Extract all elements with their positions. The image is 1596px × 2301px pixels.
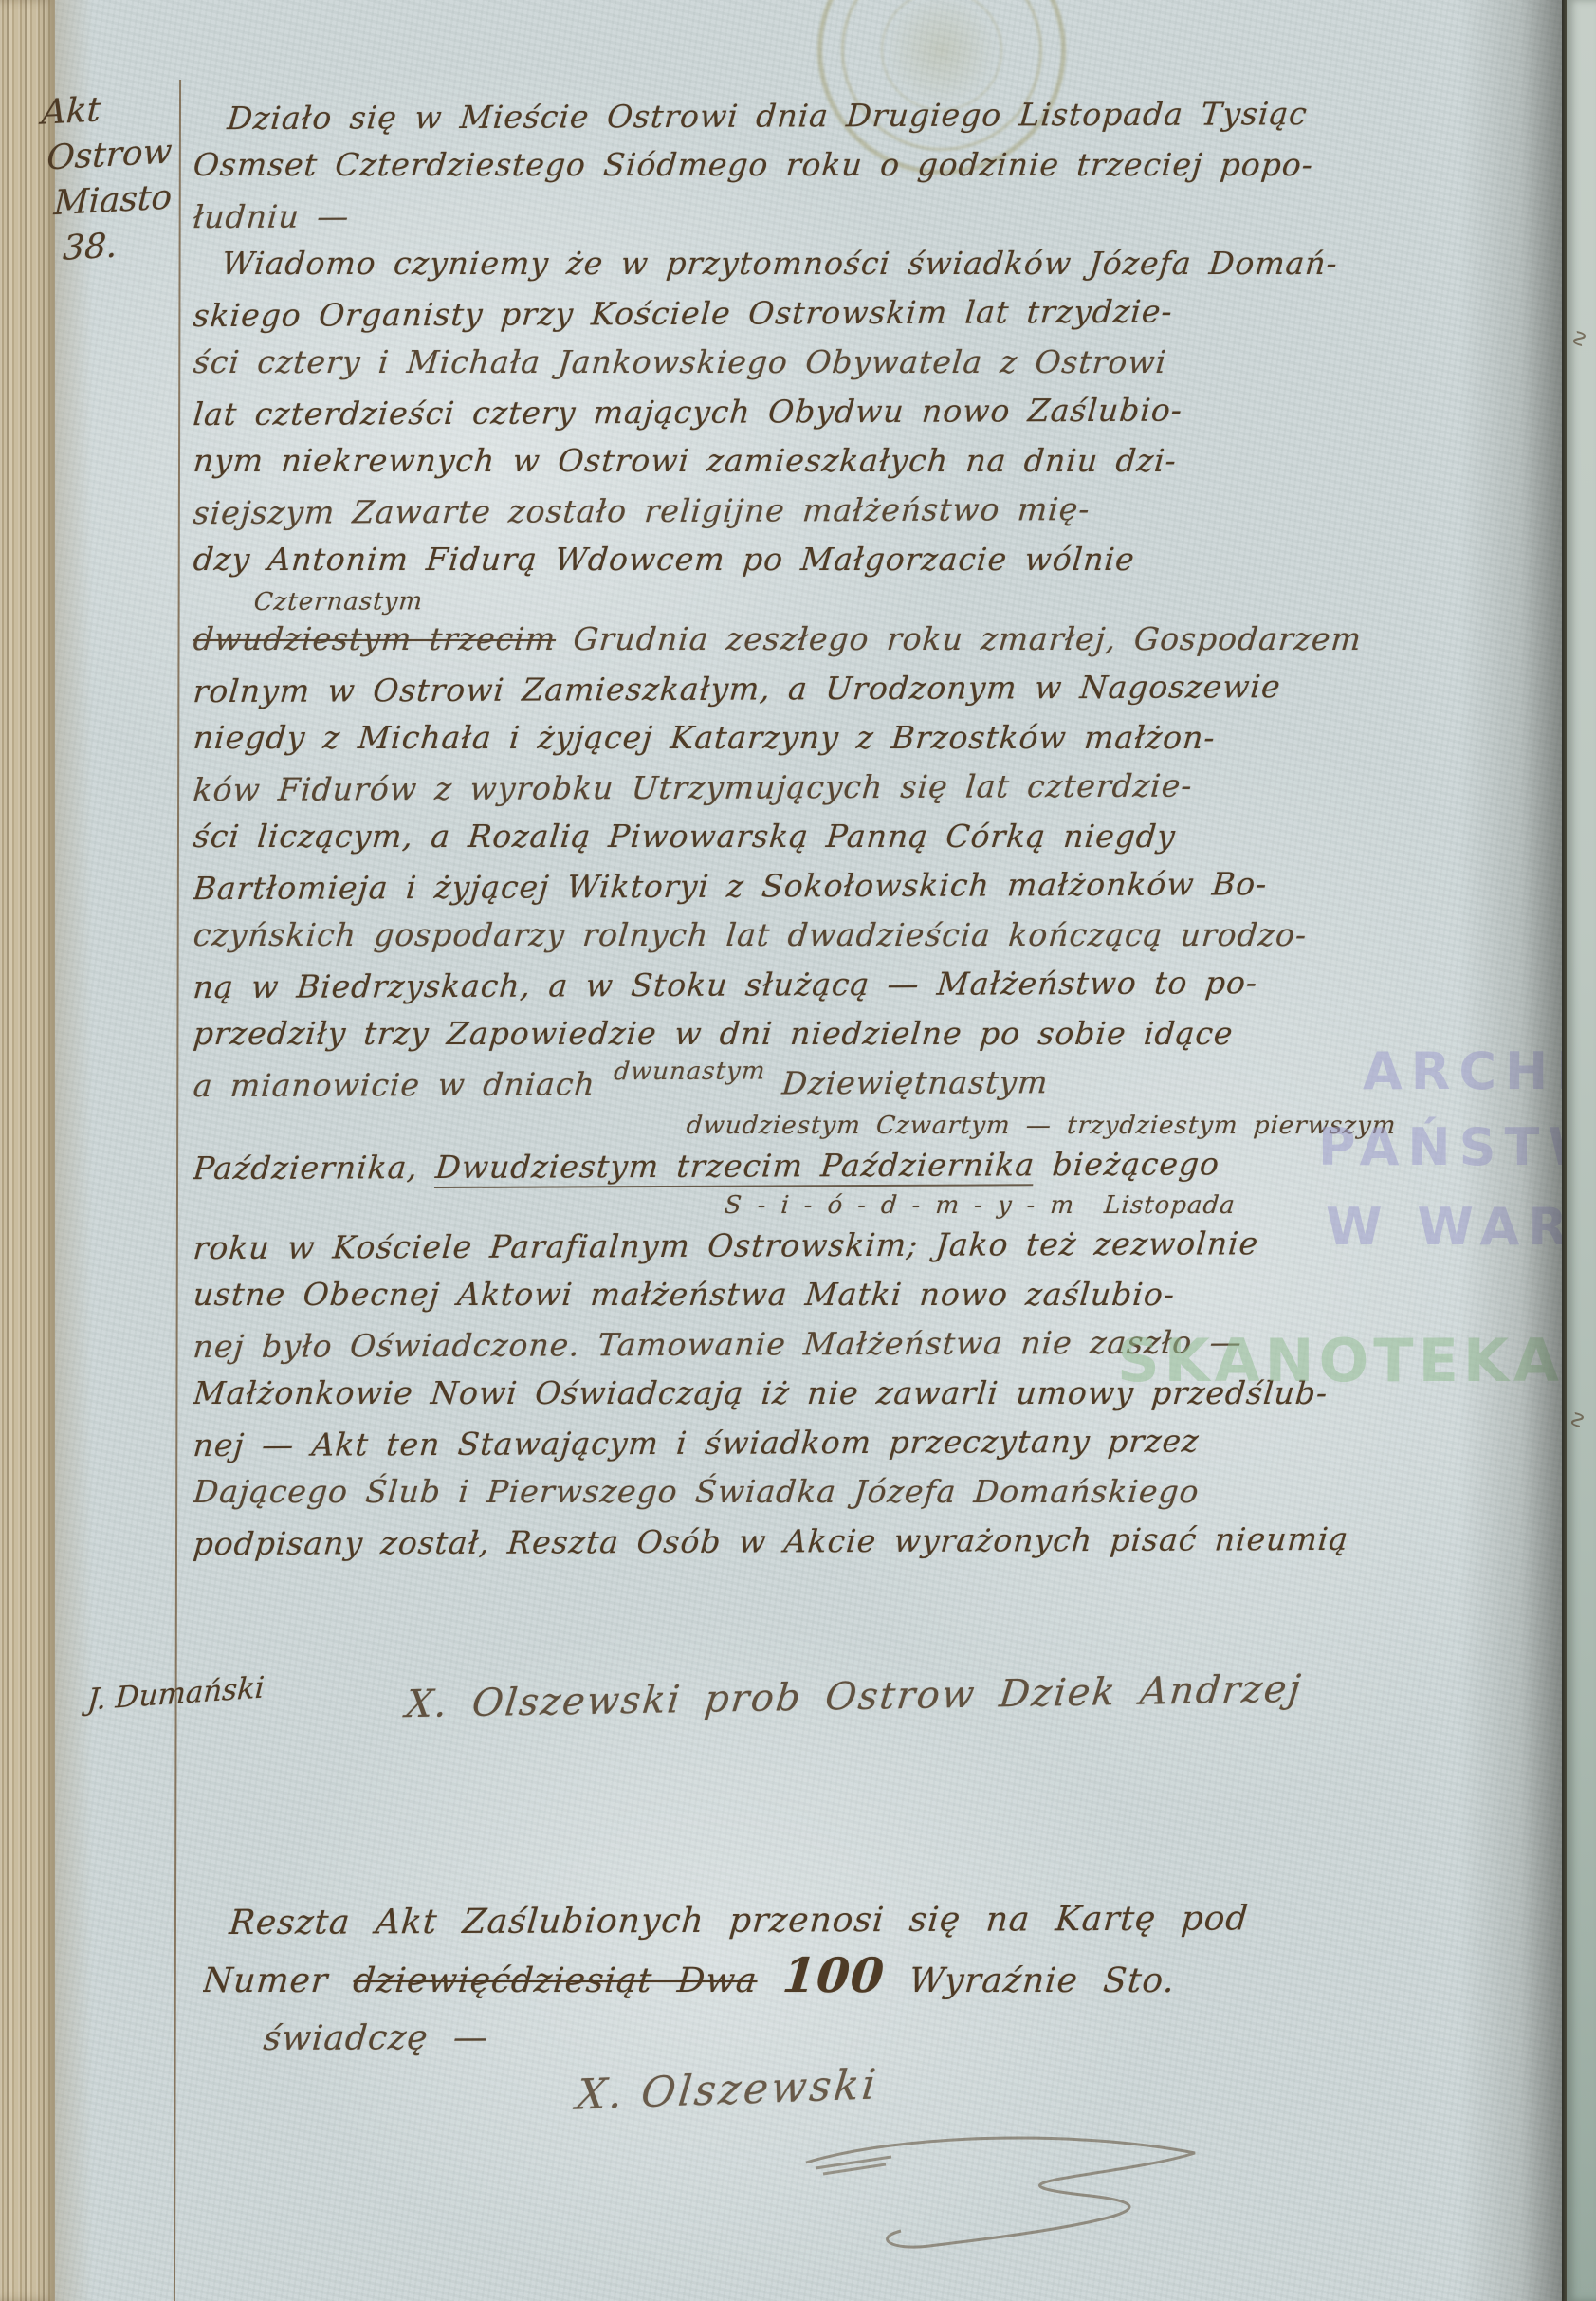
handwritten-text: skiego Organisty przy Kościele Ostrowski… (193, 293, 1174, 335)
handwritten-line: Wiadomo czyniemy że w przytomności świad… (220, 239, 1563, 288)
margin-note-line: 38. (62, 220, 177, 271)
struck-text: dwudziestym trzecim (193, 620, 558, 657)
scanned-register-page: { "document": { "kind": "handwritten civ… (0, 0, 1596, 2301)
handwritten-line: ustne Obecnej Aktowi małżeństwa Matki no… (193, 1270, 1563, 1319)
handwritten-text: ści liczącym, a Rozalią Piwowarską Panną… (193, 818, 1177, 855)
handwritten-text: niegdy z Michała i żyjącej Katarzyny z B… (193, 719, 1217, 756)
record-body-text: Działo się w Mieście Ostrowi dnia Drugie… (193, 91, 1563, 1666)
handwritten-text: podpisany został, Reszta Osób w Akcie wy… (193, 1520, 1350, 1562)
handwritten-text: Dającego Ślub i Pierwszego Świadka Józef… (193, 1473, 1201, 1510)
handwritten-text: dwunastym (612, 1047, 767, 1097)
handwritten-text: Dziewiętnastym (763, 1063, 1050, 1101)
handwritten-text: Czternastym (252, 587, 424, 617)
handwritten-text: nej — Akt ten Stawającym i świadkom prze… (193, 1423, 1201, 1464)
handwritten-text: a mianowicie w dniach (193, 1065, 615, 1104)
handwritten-text: rolnym w Ostrowi Zamieszkałym, a Urodzon… (193, 668, 1282, 709)
closing-line: Reszta Akt Zaślubionych przenosi się na … (227, 1893, 1559, 1951)
handwritten-line: ści liczącym, a Rozalią Piwowarską Panną… (193, 812, 1563, 861)
closing-signature: X. Olszewski (574, 2060, 880, 2119)
handwritten-text: S-i-ó-d-m-y-m (724, 1191, 1091, 1220)
handwritten-text: dzy Antonim Fidurą Wdowcem po Małgorzaci… (193, 541, 1136, 578)
handwritten-line: Października, Dwudziestym trzecim Paździ… (193, 1138, 1563, 1193)
handwritten-line: siejszym Zawarte zostało religijne małże… (193, 483, 1563, 538)
handwritten-line: dwudziestym trzecim Grudnia zeszłego rok… (193, 615, 1563, 664)
handwritten-line: a mianowicie w dniach dwunastym Dziewięt… (193, 1056, 1563, 1114)
book-binding-edge (0, 0, 55, 2301)
handwritten-text: ści cztery i Michała Jankowskiego Obywat… (193, 343, 1168, 380)
handwritten-text: czyńskich gospodarzy rolnych lat dwadzie… (193, 916, 1309, 953)
handwritten-line: rolnym w Ostrowi Zamieszkałym, a Urodzon… (193, 661, 1563, 716)
handwritten-line: Małżonkowie Nowi Oświadczają iż nie zawa… (193, 1369, 1563, 1418)
handwritten-text: nym niekrewnych w Ostrowi zamieszkałych … (193, 442, 1179, 479)
handwritten-line: dzy Antonim Fidurą Wdowcem po Małgorzaci… (193, 535, 1563, 584)
handwritten-line: podpisany został, Reszta Osób w Akcie wy… (193, 1514, 1563, 1569)
closing-note-text: Reszta Akt Zaślubionych przenosi się na … (203, 1893, 1559, 2064)
handwritten-line: ną w Biedrzyskach, a w Stoku służącą — M… (193, 957, 1563, 1012)
handwritten-text: roku w Kościele Parafialnym Ostrowskim; … (193, 1224, 1260, 1266)
priest-signature: X. Olszewski prob Ostrow Dziek Andrzej (404, 1667, 1305, 1727)
handwritten-text: Osmset Czterdziestego Siódmego roku o go… (193, 146, 1315, 183)
handwritten-line: nej było Oświadczone. Tamowanie Małżeńst… (193, 1316, 1563, 1371)
handwritten-text: Działo się w Mieście Ostrowi dnia Drugie… (226, 95, 1309, 137)
margin-note-line: Akt (41, 83, 185, 137)
handwritten-text: Bartłomieja i żyjącej Wiktoryi z Sokołow… (193, 865, 1269, 907)
margin-act-number-block: AktOstrowMiasto38. (33, 83, 185, 274)
handwritten-line: S-i-ó-d-m-y-m Listopada (724, 1190, 1563, 1221)
margin-note-line: Miasto (53, 175, 180, 227)
handwritten-line: czyńskich gospodarzy rolnych lat dwadzie… (193, 911, 1563, 960)
handwritten-line: Czternastym (252, 581, 1563, 617)
handwritten-line: ków Fidurów z wyrobku Utrzymujących się … (193, 760, 1563, 815)
handwritten-line: Osmset Czterdziestego Siódmego roku o go… (193, 140, 1563, 190)
struck-text: dziewięćdziesiąt Dwa (352, 1961, 760, 2000)
handwritten-text: Wiadomo czyniemy że w przytomności świad… (220, 245, 1339, 282)
handwritten-text: łudniu — (193, 197, 351, 235)
underlined-text: Dwudziestym trzecim Października (434, 1146, 1036, 1188)
handwritten-text: Małżonkowie Nowi Oświadczają iż nie zawa… (193, 1374, 1330, 1411)
handwritten-text: Grudnia zeszłego roku zmarłej, Gospodarz… (554, 620, 1363, 657)
handwritten-text (756, 1961, 784, 2000)
handwritten-line: ści cztery i Michała Jankowskiego Obywat… (193, 338, 1563, 387)
handwritten-text: dwudziestym Czwartym — trzydziestym pier… (686, 1112, 1398, 1140)
handwritten-text: Numer (203, 1961, 355, 2000)
handwritten-line: Bartłomieja i żyjącej Wiktoryi z Sokołow… (193, 858, 1563, 913)
margin-note-line: Ostrow (46, 129, 182, 182)
handwritten-line: nym niekrewnych w Ostrowi zamieszkałych … (193, 436, 1563, 486)
handwritten-line: łudniu — (193, 187, 1563, 242)
signature-flourish (787, 2125, 1223, 2267)
handwritten-text: Listopada (1088, 1191, 1237, 1220)
handwritten-text: ną w Biedrzyskach, a w Stoku służącą — M… (193, 964, 1259, 1005)
binding-shadow (55, 0, 93, 2301)
handwritten-line: Działo się w Mieście Ostrowi dnia Drugie… (226, 91, 1563, 143)
next-page-edge: ∿∿ (1567, 0, 1596, 2301)
handwritten-text: świadczę — (262, 2018, 490, 2058)
handwritten-line: roku w Kościele Parafialnym Ostrowskim; … (193, 1218, 1563, 1273)
handwritten-line: Dającego Ślub i Pierwszego Świadka Józef… (193, 1467, 1563, 1517)
margin-ruled-line (174, 80, 181, 2301)
handwritten-text: lat czterdzieści cztery mających Obydwu … (193, 392, 1184, 433)
closing-line: świadczę — (261, 2006, 1559, 2064)
handwritten-text: 100 (780, 1947, 888, 2003)
handwritten-line: nej — Akt ten Stawającym i świadkom prze… (193, 1415, 1563, 1470)
handwritten-line: przedziły trzy Zapowiedzie w dni niedzie… (193, 1009, 1563, 1058)
handwritten-line: dwudziestym Czwartym — trzydziestym pier… (686, 1111, 1563, 1141)
next-page-ink-mark: ∿ (1567, 323, 1595, 350)
handwritten-text: ustne Obecnej Aktowi małżeństwa Matki no… (193, 1276, 1177, 1313)
handwritten-text: Października, (193, 1149, 437, 1187)
handwritten-text: siejszym Zawarte zostało religijne małże… (193, 490, 1092, 531)
handwritten-text: Reszta Akt Zaślubionych przenosi się na … (228, 1899, 1250, 1942)
handwritten-text: Wyraźnie Sto. (883, 1961, 1177, 2000)
handwritten-line: lat czterdzieści cztery mających Obydwu … (193, 384, 1563, 439)
next-page-ink-mark: ∿ (1567, 1405, 1593, 1431)
handwritten-text: nej było Oświadczone. Tamowanie Małżeńst… (193, 1323, 1243, 1365)
handwritten-text: ków Fidurów z wyrobku Utrzymujących się … (193, 767, 1194, 809)
handwritten-text: bieżącego (1034, 1145, 1221, 1183)
handwritten-line: skiego Organisty przy Kościele Ostrowski… (193, 285, 1563, 341)
closing-line: Numer dziewięćdziesiąt Dwa 100 Wyraźnie … (203, 1948, 1559, 2009)
handwritten-line: niegdy z Michała i żyjącej Katarzyny z B… (193, 713, 1563, 763)
